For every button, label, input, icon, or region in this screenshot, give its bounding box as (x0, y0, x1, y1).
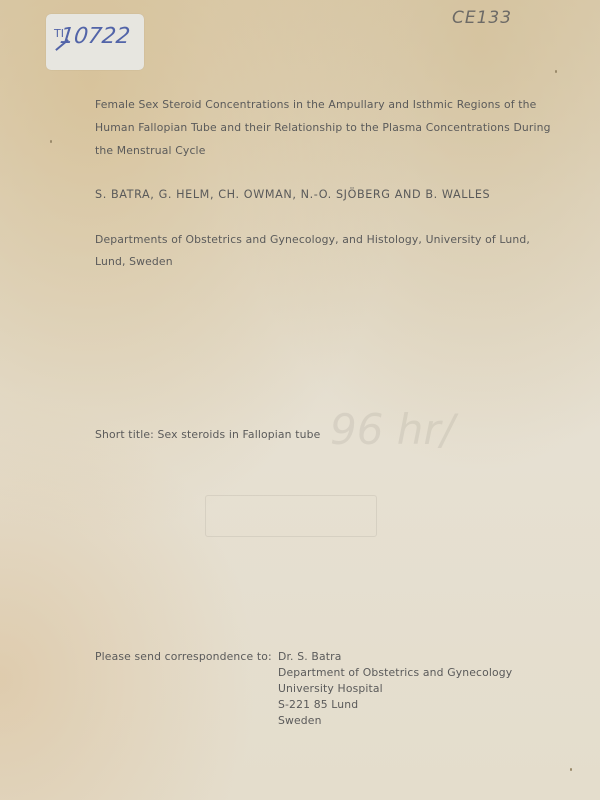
title-line-3: the Menstrual Cycle (95, 144, 206, 157)
title-line-1: Female Sex Steroid Concentrations in the… (95, 98, 536, 111)
title-line-2: Human Fallopian Tube and their Relations… (95, 121, 551, 134)
correspondence-country: Sweden (278, 714, 322, 727)
paper-speck (555, 70, 557, 73)
correspondence-name: Dr. S. Batra (278, 650, 341, 663)
correspondence-institution: University Hospital (278, 682, 383, 695)
authors: S. BATRA, G. HELM, CH. OWMAN, N.-O. SJÖB… (95, 188, 490, 201)
document-page: TI 10722 CE133 Female Sex Steroid Concen… (0, 0, 600, 800)
catalog-number: 10722 (59, 24, 132, 49)
short-title: Short title: Sex steroids in Fallopian t… (95, 428, 320, 441)
paper-speck (570, 768, 572, 771)
correspondence-label: Please send correspondence to: (95, 650, 272, 663)
paper-speck (50, 140, 52, 143)
correspondence-postal: S-221 85 Lund (278, 698, 358, 711)
affiliation-line-2: Lund, Sweden (95, 255, 173, 268)
bleed-through-stamp (205, 495, 377, 537)
affiliation-line-1: Departments of Obstetrics and Gynecology… (95, 233, 530, 246)
bleed-through-handwriting: 96 hr/ (330, 405, 455, 454)
correspondence-department: Department of Obstetrics and Gynecology (278, 666, 512, 679)
handwritten-code: CE133 (452, 8, 512, 28)
